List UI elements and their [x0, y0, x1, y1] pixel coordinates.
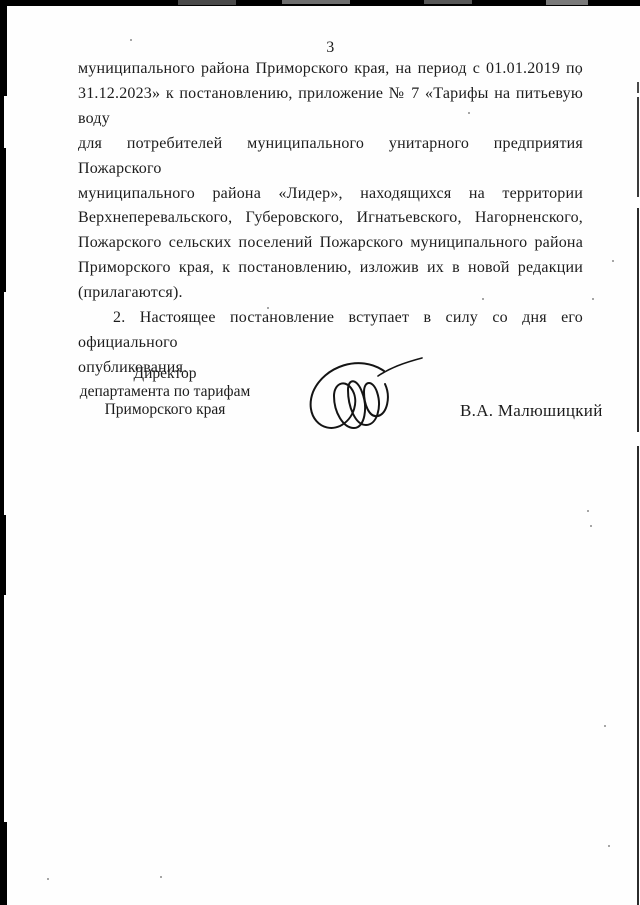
scan-speck — [47, 878, 49, 880]
signatory-title-line: департамента по тарифам — [76, 383, 254, 401]
text-line: Верхнеперевальского, Губеровского, Игнат… — [78, 206, 583, 231]
page-number: 3 — [78, 39, 583, 57]
text-line: для потребителей муниципального унитарно… — [78, 132, 583, 182]
handwritten-signature — [298, 351, 426, 435]
scan-speck — [590, 525, 592, 527]
scan-edge-top-segment — [282, 0, 350, 4]
text-line: 31.12.2023» к постановлению, приложение … — [78, 82, 583, 132]
text-line: Пожарского сельских поселений Пожарского… — [78, 231, 583, 256]
scan-edge-left-patch — [0, 148, 6, 292]
scan-speck — [612, 260, 614, 262]
scan-edge-left-patch — [0, 822, 7, 905]
scan-speck — [608, 845, 610, 847]
text-line: 2. Настоящее постановление вступает в си… — [78, 306, 583, 356]
scan-edge-left-patch — [0, 0, 7, 96]
scan-edge-top-segment — [178, 0, 236, 5]
scan-edge-right — [637, 82, 639, 93]
scan-speck — [587, 510, 589, 512]
scan-edge-right — [637, 97, 639, 197]
signatory-title: Директор департамента по тарифам Приморс… — [76, 365, 254, 418]
text-line: (прилагаются). — [78, 281, 583, 306]
signatory-name: В.А. Малюшицкий — [460, 401, 603, 421]
scan-edge-top-segment — [546, 0, 588, 5]
scan-edge-top — [0, 0, 640, 6]
scan-speck — [592, 298, 594, 300]
document-page: 3 муниципального района Приморского края… — [0, 0, 640, 905]
scan-speck — [160, 876, 162, 878]
document-body: муниципального района Приморского края, … — [78, 57, 583, 381]
scan-edge-right — [637, 208, 639, 432]
scan-edge-top-segment — [424, 0, 472, 4]
text-line: муниципального района «Лидер», находящих… — [78, 182, 583, 207]
signatory-title-line: Директор — [76, 365, 254, 383]
signatory-title-line: Приморского края — [76, 401, 254, 419]
scan-edge-left-patch — [0, 515, 6, 595]
scan-edge-right — [637, 446, 639, 905]
scan-edge-left — [0, 0, 4, 905]
paragraph-1: муниципального района Приморского края, … — [78, 57, 583, 306]
text-line: Приморского края, к постановлению, излож… — [78, 256, 583, 281]
scan-speck — [604, 725, 606, 727]
text-line: муниципального района Приморского края, … — [78, 57, 583, 82]
